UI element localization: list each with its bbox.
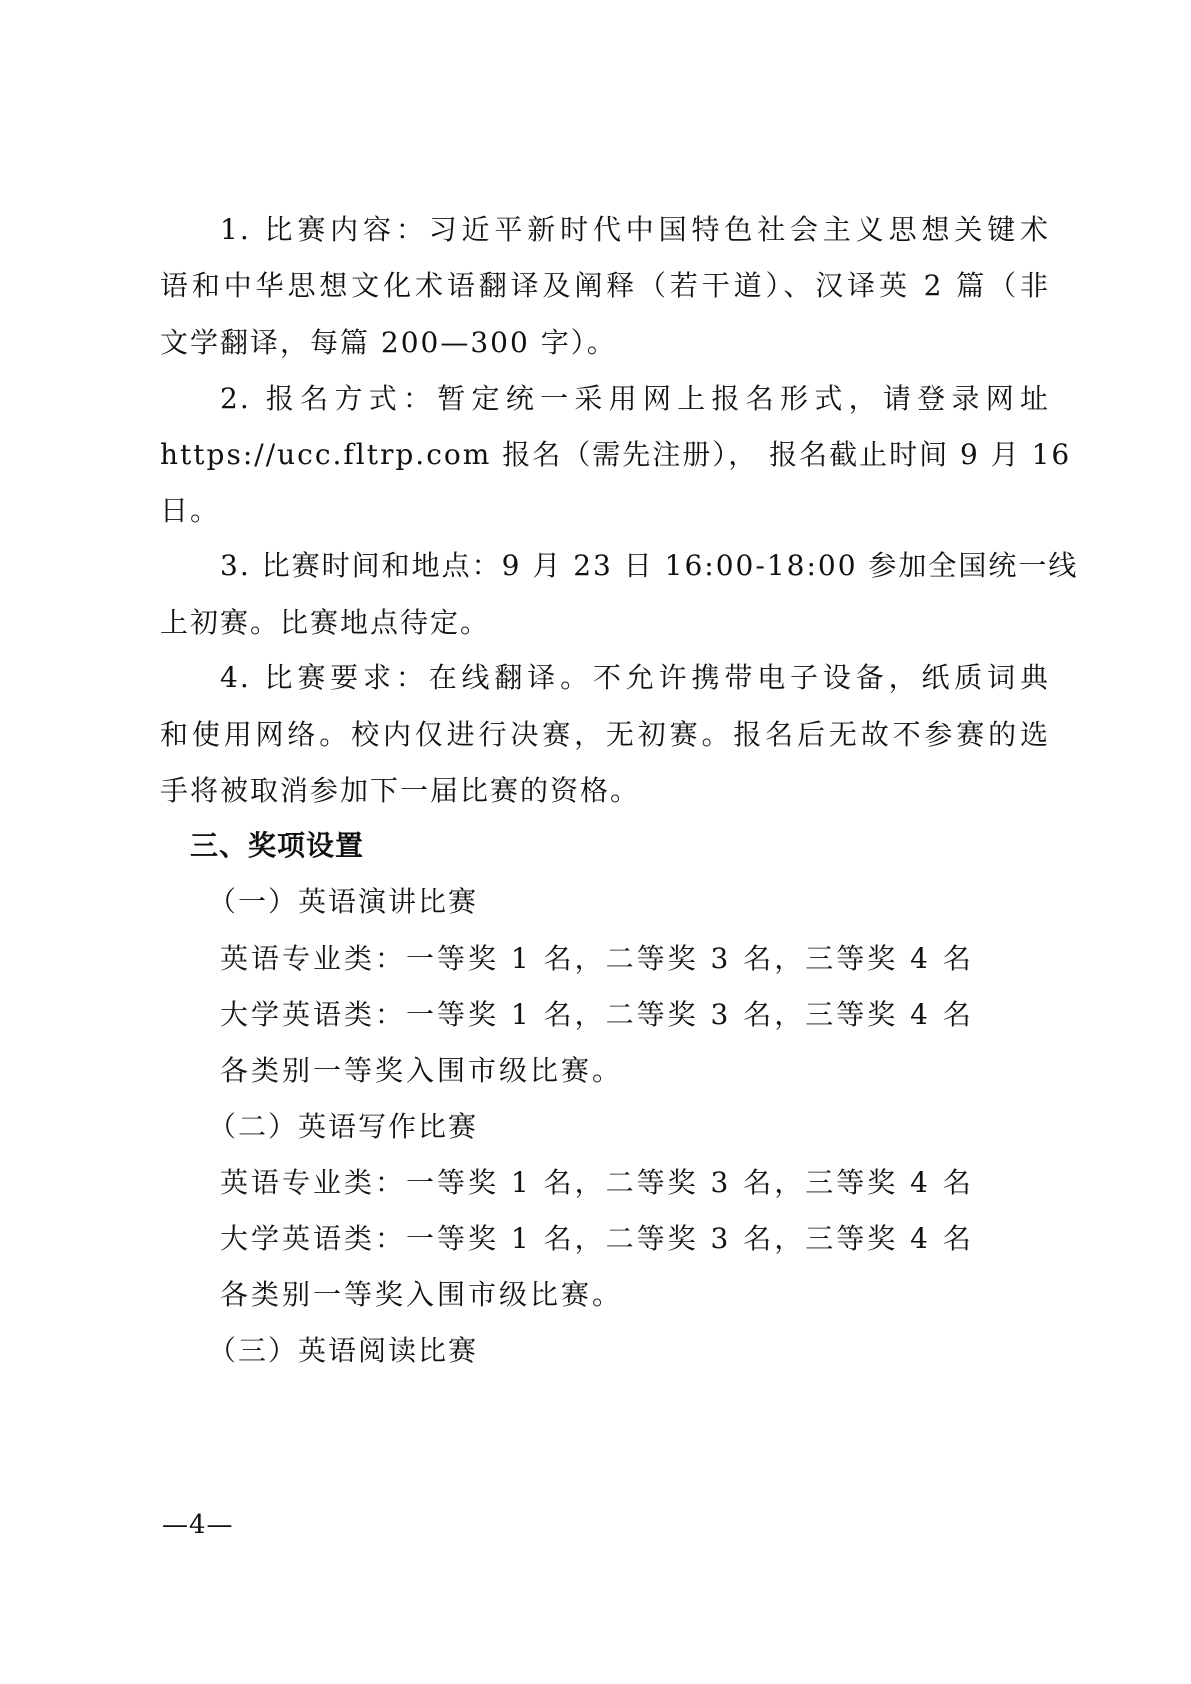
document-page: 1. 比赛内容：习近平新时代中国特色社会主义思想关键术 语和中华思想文化术语翻译… <box>0 0 1191 1684</box>
item-2-line-3: 日。 <box>160 494 1050 528</box>
item-3-line-1: 3. 比赛时间和地点：9 月 23 日 16:00-18:00 参加全国统一线 <box>220 549 1050 583</box>
item-1-line-2: 语和中华思想文化术语翻译及阐释（若干道）、汉译英 2 篇（非 <box>160 269 1050 303</box>
page-number: —4— <box>162 1510 234 1540</box>
section-heading-awards: 三、奖项设置 <box>190 829 1080 863</box>
item-3-line-2: 上初赛。比赛地点待定。 <box>160 606 1050 640</box>
item-1-line-1: 1. 比赛内容：习近平新时代中国特色社会主义思想关键术 <box>220 213 1050 247</box>
item-1-line-3: 文学翻译，每篇 200—300 字）。 <box>160 326 1050 360</box>
subsection-2-note: 各类别一等奖入围市级比赛。 <box>220 1278 623 1312</box>
item-4-line-1: 4. 比赛要求：在线翻译。不允许携带电子设备，纸质词典 <box>220 661 1050 695</box>
item-4-line-3: 手将被取消参加下一届比赛的资格。 <box>160 774 1050 808</box>
item-4-line-2: 和使用网络。校内仅进行决赛，无初赛。报名后无故不参赛的选 <box>160 718 1050 752</box>
subsection-2-college-english: 大学英语类：一等奖 1 名，二等奖 3 名，三等奖 4 名 <box>220 1222 974 1256</box>
subsection-2-english-major: 英语专业类：一等奖 1 名，二等奖 3 名，三等奖 4 名 <box>220 1166 974 1200</box>
subsection-2-title: （二）英语写作比赛 <box>208 1110 478 1144</box>
subsection-1-english-major: 英语专业类：一等奖 1 名，二等奖 3 名，三等奖 4 名 <box>220 942 974 976</box>
item-2-line-2: https://ucc.fltrp.com 报名（需先注册）， 报名截止时间 9… <box>160 438 1050 472</box>
item-2-line-1: 2. 报名方式：暂定统一采用网上报名形式，请登录网址 <box>220 382 1050 416</box>
subsection-1-title: （一）英语演讲比赛 <box>208 885 478 919</box>
subsection-1-note: 各类别一等奖入围市级比赛。 <box>220 1054 623 1088</box>
subsection-3-title: （三）英语阅读比赛 <box>208 1334 478 1368</box>
subsection-1-college-english: 大学英语类：一等奖 1 名，二等奖 3 名，三等奖 4 名 <box>220 998 974 1032</box>
